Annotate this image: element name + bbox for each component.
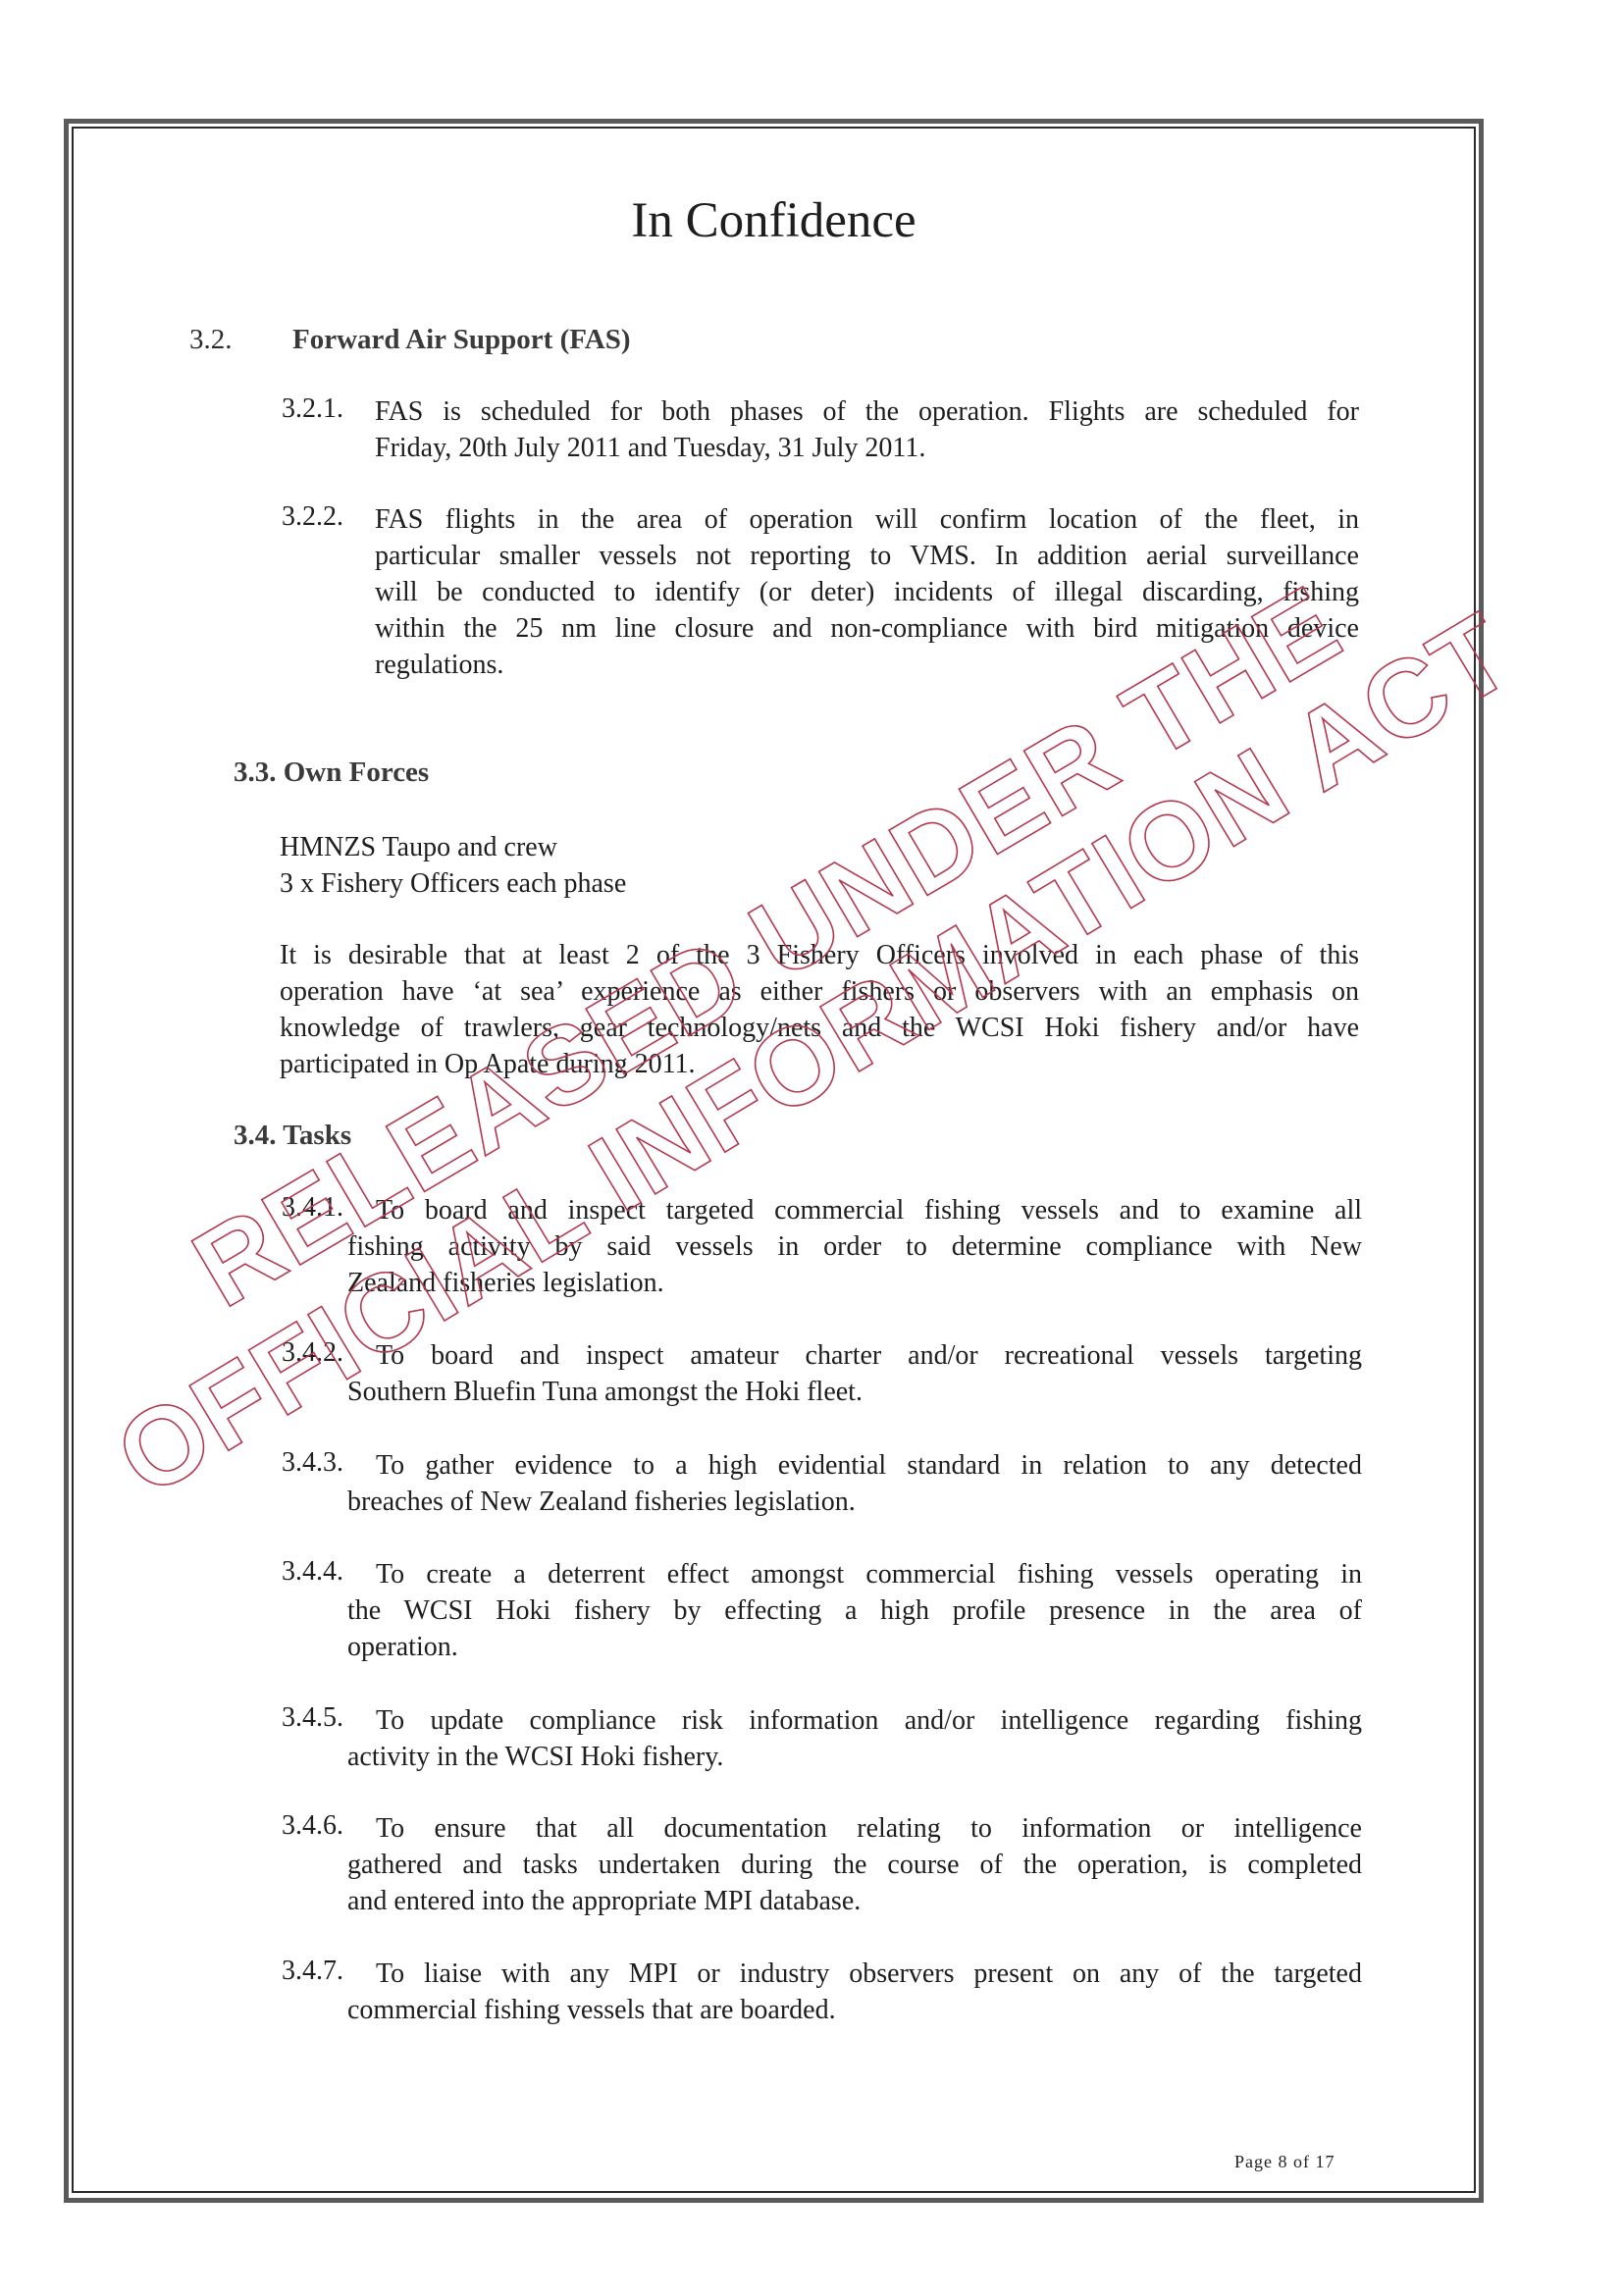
force-item: HMNZS Taupo and crew	[280, 829, 1359, 865]
task-number: 3.4.1.	[282, 1192, 343, 1224]
section-3-4-title: 3.4. Tasks	[234, 1120, 351, 1152]
task-number: 3.4.3.	[282, 1447, 343, 1479]
text-line: operation.	[347, 1629, 1362, 1665]
force-item: 3 x Fishery Officers each phase	[280, 865, 1359, 902]
task-number: 3.4.5.	[282, 1702, 343, 1734]
text-line: Zealand fisheries legislation.	[347, 1265, 1362, 1301]
text-line: the WCSI Hoki fishery by effecting a hig…	[347, 1592, 1362, 1629]
classification-header: In Confidence	[0, 192, 1547, 249]
text-line: To update compliance risk information an…	[347, 1702, 1362, 1739]
section-3-2-title: Forward Air Support (FAS)	[292, 324, 631, 356]
text-line: To ensure that all documentation relatin…	[347, 1810, 1362, 1847]
text-line: FAS flights in the area of operation wil…	[375, 501, 1359, 538]
text-line: activity in the WCSI Hoki fishery.	[347, 1739, 1362, 1775]
task-text: To board and inspect amateur charter and…	[347, 1337, 1362, 1410]
text-line: FAS is scheduled for both phases of the …	[375, 393, 1359, 430]
text-line: knowledge of trawlers, gear technology/n…	[280, 1010, 1359, 1046]
text-line: operation have ‘at sea’ experience as ei…	[280, 973, 1359, 1010]
text-line: To board and inspect targeted commercial…	[347, 1192, 1362, 1228]
task-text: To update compliance risk information an…	[347, 1702, 1362, 1775]
text-line: To create a deterrent effect amongst com…	[347, 1556, 1362, 1592]
text-line: regulations.	[375, 647, 1359, 683]
section-3-2-number: 3.2.	[189, 324, 233, 356]
task-number: 3.4.6.	[282, 1810, 343, 1842]
own-forces-paragraph: It is desirable that at least 2 of the 3…	[280, 937, 1359, 1082]
text-line: Southern Bluefin Tuna amongst the Hoki f…	[347, 1374, 1362, 1410]
item-3-2-2-text: FAS flights in the area of operation wil…	[375, 501, 1359, 683]
text-line: fishing activity by said vessels in orde…	[347, 1228, 1362, 1265]
item-3-2-1-text: FAS is scheduled for both phases of the …	[375, 393, 1359, 466]
page-number: Page 8 of 17	[1234, 2152, 1335, 2172]
task-number: 3.4.7.	[282, 1956, 343, 1987]
task-text: To liaise with any MPI or industry obser…	[347, 1956, 1362, 2028]
task-text: To board and inspect targeted commercial…	[347, 1192, 1362, 1301]
text-line: participated in Op Apate during 2011.	[280, 1046, 1359, 1082]
text-line: It is desirable that at least 2 of the 3…	[280, 937, 1359, 973]
own-forces-list: HMNZS Taupo and crew 3 x Fishery Officer…	[280, 829, 1359, 902]
text-line: gathered and tasks undertaken during the…	[347, 1847, 1362, 1883]
item-3-2-2-number: 3.2.2.	[282, 501, 343, 533]
task-text: To create a deterrent effect amongst com…	[347, 1556, 1362, 1665]
task-text: To gather evidence to a high evidential …	[347, 1447, 1362, 1520]
text-line: To gather evidence to a high evidential …	[347, 1447, 1362, 1484]
text-line: To board and inspect amateur charter and…	[347, 1337, 1362, 1374]
text-line: within the 25 nm line closure and non-co…	[375, 610, 1359, 647]
document-page: In Confidence 3.2. Forward Air Support (…	[0, 0, 1623, 2296]
text-line: breaches of New Zealand fisheries legisl…	[347, 1484, 1362, 1520]
item-3-2-1-number: 3.2.1.	[282, 393, 343, 425]
task-number: 3.4.4.	[282, 1556, 343, 1588]
text-line: Friday, 20th July 2011 and Tuesday, 31 J…	[375, 430, 1359, 466]
section-3-3-title: 3.3. Own Forces	[234, 757, 429, 789]
text-line: will be conducted to identify (or deter)…	[375, 574, 1359, 610]
text-line: particular smaller vessels not reporting…	[375, 538, 1359, 574]
text-line: commercial fishing vessels that are boar…	[347, 1992, 1362, 2028]
text-line: To liaise with any MPI or industry obser…	[347, 1956, 1362, 1992]
task-text: To ensure that all documentation relatin…	[347, 1810, 1362, 1919]
task-number: 3.4.2.	[282, 1337, 343, 1369]
text-line: and entered into the appropriate MPI dat…	[347, 1883, 1362, 1919]
